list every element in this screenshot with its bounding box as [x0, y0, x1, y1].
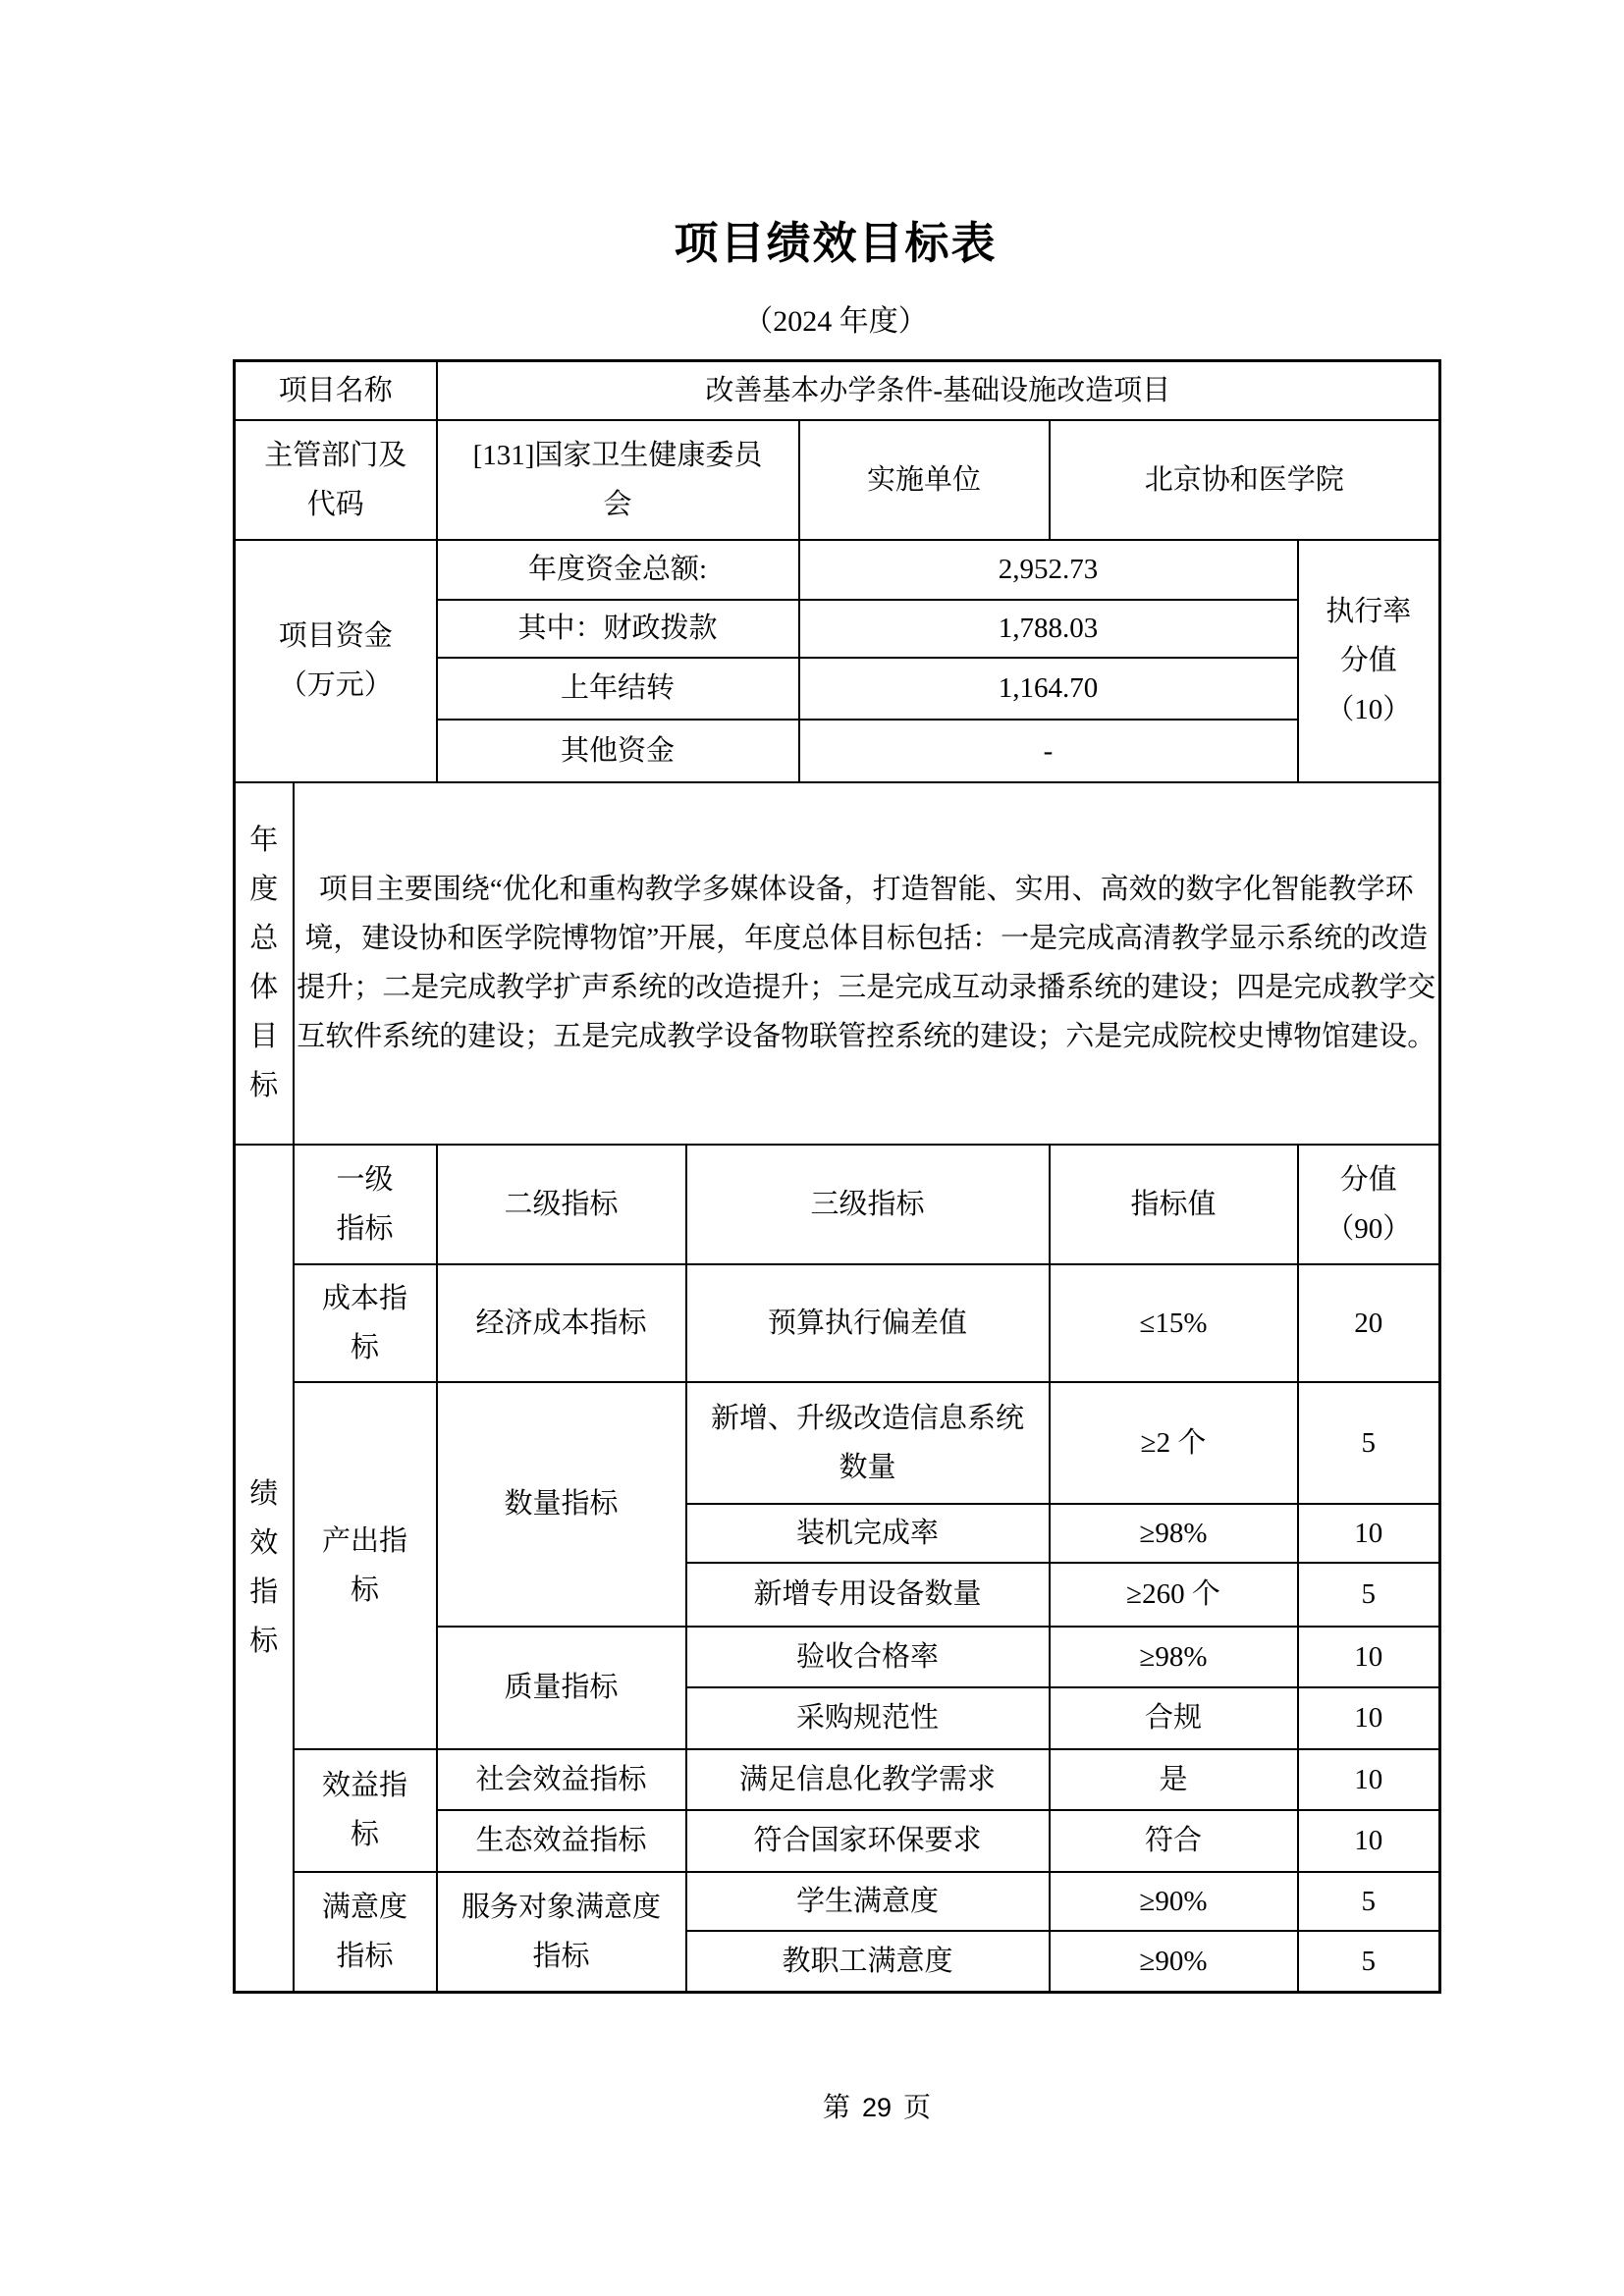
l1-cost: 成本指 标	[294, 1264, 437, 1382]
score-new-info-systems: 5	[1298, 1382, 1440, 1504]
score-staff-satisfaction: 5	[1298, 1931, 1440, 1993]
page-number-prefix: 第	[823, 2093, 850, 2123]
funds-other-label: 其他资金	[437, 720, 799, 782]
score-teaching-needs: 10	[1298, 1749, 1440, 1810]
value-teaching-needs: 是	[1050, 1749, 1298, 1810]
header-score: 分值 （90）	[1298, 1145, 1440, 1264]
l2-eco: 生态效益指标	[437, 1810, 686, 1872]
funds-carryover-label: 上年结转	[437, 658, 799, 720]
value-environmental-requirements: 符合	[1050, 1810, 1298, 1872]
value-new-info-systems: ≥2 个	[1050, 1382, 1298, 1504]
funds-total-label: 年度资金总额:	[437, 540, 799, 600]
score-environmental-requirements: 10	[1298, 1810, 1440, 1872]
l2-social: 社会效益指标	[437, 1749, 686, 1810]
l2-service-satisfaction: 服务对象满意度 指标	[437, 1872, 686, 1993]
project-name-label: 项目名称	[235, 361, 437, 420]
value-installation-rate: ≥98%	[1050, 1504, 1298, 1563]
l3-procurement-compliance: 采购规范性	[686, 1687, 1050, 1749]
l3-teaching-needs: 满足信息化教学需求	[686, 1749, 1050, 1810]
value-procurement-compliance: 合规	[1050, 1687, 1298, 1749]
impl-unit-value: 北京协和医学院	[1050, 420, 1440, 540]
l1-output: 产出指 标	[294, 1382, 437, 1749]
score-student-satisfaction: 5	[1298, 1872, 1440, 1931]
impl-unit-label: 实施单位	[799, 420, 1050, 540]
funds-fiscal-value: 1,788.03	[799, 600, 1298, 658]
annual-goal-text: 项目主要围绕“优化和重构教学多媒体设备，打造智能、实用、高效的数字化智能教学环境…	[294, 782, 1440, 1145]
value-student-satisfaction: ≥90%	[1050, 1872, 1298, 1931]
table-row: 满意度 指标 服务对象满意度 指标 学生满意度 ≥90% 5	[235, 1872, 1440, 1931]
score-budget-deviation: 20	[1298, 1264, 1440, 1382]
l3-acceptance-rate: 验收合格率	[686, 1627, 1050, 1687]
l3-new-special-equipment: 新增专用设备数量	[686, 1563, 1050, 1627]
header-level1: 一级 指标	[294, 1145, 437, 1264]
performance-target-table: 项目名称 改善基本办学条件-基础设施改造项目 主管部门及 代码 [131]国家卫…	[233, 359, 1441, 1994]
l1-satisfaction: 满意度 指标	[294, 1872, 437, 1993]
funds-label: 项目资金 （万元）	[235, 540, 437, 782]
header-level3: 三级指标	[686, 1145, 1050, 1264]
funds-fiscal-label: 其中：财政拨款	[437, 600, 799, 658]
table-row: 产出指 标 数量指标 新增、升级改造信息系统 数量 ≥2 个 5	[235, 1382, 1440, 1504]
l3-student-satisfaction: 学生满意度	[686, 1872, 1050, 1931]
funds-carryover-value: 1,164.70	[799, 658, 1298, 720]
dept-label: 主管部门及 代码	[235, 420, 437, 540]
funds-other-value: -	[799, 720, 1298, 782]
annual-goal-label: 年度总体目标	[235, 782, 294, 1145]
performance-indicators-label: 绩效指标	[235, 1145, 294, 1993]
value-new-special-equipment: ≥260 个	[1050, 1563, 1298, 1627]
funds-total-value: 2,952.73	[799, 540, 1298, 600]
l3-new-info-systems: 新增、升级改造信息系统 数量	[686, 1382, 1050, 1504]
l2-quality: 质量指标	[437, 1627, 686, 1749]
value-budget-deviation: ≤15%	[1050, 1264, 1298, 1382]
document-page: 项目绩效目标表 （2024 年度） 项目名称 改善基本办学条件-基础设施改造项目…	[233, 0, 1438, 2124]
score-acceptance-rate: 10	[1298, 1627, 1440, 1687]
execution-rate-score-label: 执行率 分值 （10）	[1298, 540, 1440, 782]
header-value: 指标值	[1050, 1145, 1298, 1264]
page-number-suffix: 页	[903, 2093, 931, 2123]
l3-environmental-requirements: 符合国家环保要求	[686, 1810, 1050, 1872]
table-row: 效益指 标 社会效益指标 满足信息化教学需求 是 10	[235, 1749, 1440, 1810]
l3-budget-deviation: 预算执行偏差值	[686, 1264, 1050, 1382]
header-level2: 二级指标	[437, 1145, 686, 1264]
l3-staff-satisfaction: 教职工满意度	[686, 1931, 1050, 1993]
dept-value: [131]国家卫生健康委员 会	[437, 420, 799, 540]
score-procurement-compliance: 10	[1298, 1687, 1440, 1749]
l3-installation-rate: 装机完成率	[686, 1504, 1050, 1563]
score-new-special-equipment: 5	[1298, 1563, 1440, 1627]
page-subtitle: （2024 年度）	[233, 306, 1438, 338]
l1-benefit: 效益指 标	[294, 1749, 437, 1872]
score-installation-rate: 10	[1298, 1504, 1440, 1563]
value-staff-satisfaction: ≥90%	[1050, 1931, 1298, 1993]
page-number: 第29页	[233, 2092, 1438, 2124]
page-number-value: 29	[862, 2093, 892, 2122]
project-name-value: 改善基本办学条件-基础设施改造项目	[437, 361, 1440, 420]
l2-quantity: 数量指标	[437, 1382, 686, 1627]
l2-economic: 经济成本指标	[437, 1264, 686, 1382]
page-title: 项目绩效目标表	[233, 220, 1438, 267]
value-acceptance-rate: ≥98%	[1050, 1627, 1298, 1687]
table-row: 成本指 标 经济成本指标 预算执行偏差值 ≤15% 20	[235, 1264, 1440, 1382]
